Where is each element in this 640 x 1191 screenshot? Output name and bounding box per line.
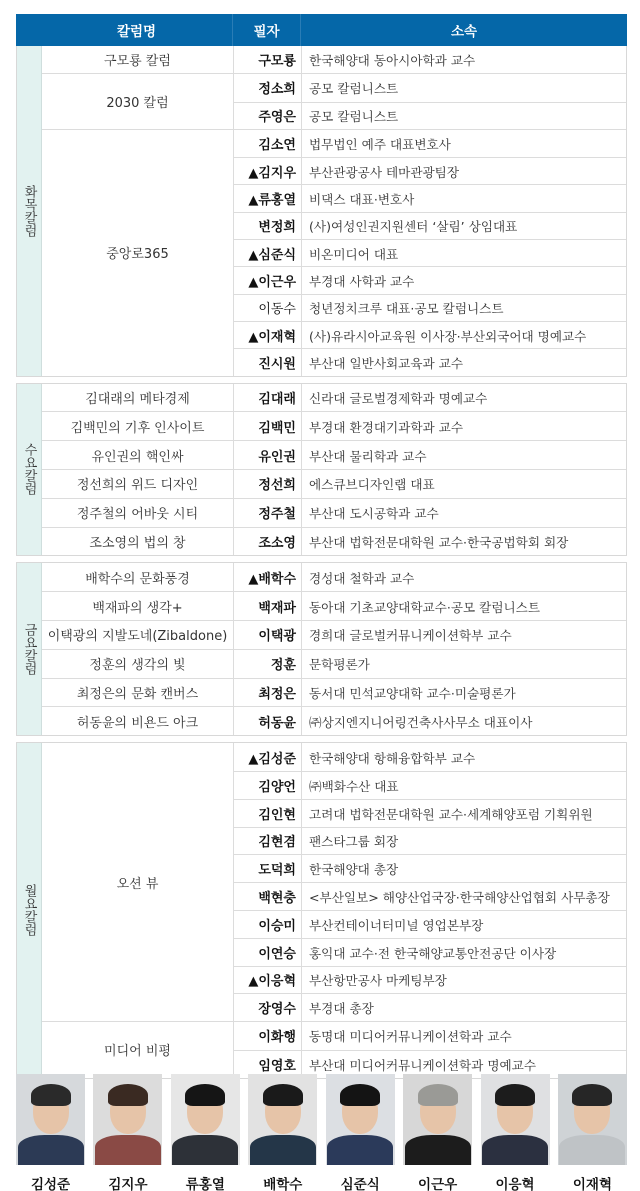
table-row: 백현충<부산일보> 해양산업국장·한국해양산업협회 사무총장	[234, 882, 626, 910]
section-label-strip: 월요칼럼	[17, 743, 42, 1078]
portrait-photo	[93, 1074, 162, 1165]
section-body: 오션 뷰▲김성준한국해양대 항해융합학부 교수김양언㈜백화수산 대표김인현고려대…	[42, 743, 626, 1078]
section-label-strip: 금요칼럼	[17, 563, 42, 735]
portrait-shoulders	[482, 1135, 548, 1165]
columnist-photo-card: 배학수	[248, 1074, 317, 1191]
section-body: 배학수의 문화풍경▲배학수경성대 철학과 교수백재파의 생각+백재파동아대 기초…	[42, 563, 626, 735]
author-rows: 최정은동서대 민석교양대학 교수·미술평론가	[234, 679, 626, 707]
author-name: ▲심준식	[234, 240, 302, 266]
portrait-photo	[558, 1074, 627, 1165]
portrait-shoulders	[18, 1135, 84, 1165]
author-rows: ▲배학수경성대 철학과 교수	[234, 563, 626, 591]
author-name: 장영수	[234, 994, 302, 1021]
table-row: 이연승홍익대 교수·전 한국해양교통안전공단 이사장	[234, 938, 626, 966]
table-header: 칼럼명 필자 소속	[16, 14, 627, 46]
photo-caption-name: 배학수	[263, 1173, 302, 1191]
column-group: 미디어 비평이화행동명대 미디어커뮤니케이션학과 교수임영호부산대 미디어커뮤니…	[42, 1021, 626, 1078]
author-rows: 김대래신라대 글로벌경제학과 명예교수	[234, 384, 626, 412]
table-row: 김소연법무법인 예주 대표변호사	[234, 130, 626, 157]
column-group: 오션 뷰▲김성준한국해양대 항해융합학부 교수김양언㈜백화수산 대표김인현고려대…	[42, 743, 626, 1021]
author-affiliation: 부경대 총장	[302, 994, 626, 1021]
table-row: 김백민부경대 환경대기과학과 교수	[234, 412, 626, 440]
column-group: 2030 칼럼정소희공모 칼럼니스트주영은공모 칼럼니스트	[42, 73, 626, 129]
portrait-hair	[263, 1084, 303, 1106]
author-rows: ▲김성준한국해양대 항해융합학부 교수김양언㈜백화수산 대표김인현고려대 법학전…	[234, 743, 626, 1021]
author-affiliation: 한국해양대 총장	[302, 855, 626, 882]
table-row: ▲심준식비온미디어 대표	[234, 239, 626, 266]
author-affiliation: 부산대 물리학과 교수	[302, 441, 626, 469]
portrait-hair	[108, 1084, 148, 1106]
column-name: 조소영의 법의 창	[42, 528, 234, 556]
section-label: 월요칼럼	[23, 884, 36, 936]
table-row: 정선희에스큐브디자인랩 대표	[234, 470, 626, 498]
author-affiliation: 동서대 민석교양대학 교수·미술평론가	[302, 679, 626, 707]
author-name: 김소연	[234, 130, 302, 157]
header-affiliation: 소속	[301, 14, 627, 46]
photo-caption-name: 김성준	[31, 1173, 70, 1191]
author-affiliation: ㈜백화수산 대표	[302, 772, 626, 799]
author-rows: 김백민부경대 환경대기과학과 교수	[234, 412, 626, 440]
author-name: 백재파	[234, 592, 302, 620]
author-affiliation: 부산대 도시공학과 교수	[302, 499, 626, 527]
table-row: 허동윤㈜상지엔지니어링건축사사무소 대표이사	[234, 707, 626, 735]
table-row: ▲이근우부경대 사학과 교수	[234, 266, 626, 293]
column-group: 정선희의 위드 디자인정선희에스큐브디자인랩 대표	[42, 469, 626, 498]
column-name: 김백민의 기후 인사이트	[42, 412, 234, 440]
column-name: 유인권의 핵인싸	[42, 441, 234, 469]
author-affiliation: 부산관광공사 테마관광팀장	[302, 158, 626, 184]
author-name: 이화행	[234, 1022, 302, 1050]
author-name: 김양언	[234, 772, 302, 799]
author-rows: 이화행동명대 미디어커뮤니케이션학과 교수임영호부산대 미디어커뮤니케이션학과 …	[234, 1022, 626, 1078]
author-name: ▲이재혁	[234, 322, 302, 348]
author-name: 김인현	[234, 800, 302, 827]
photo-caption-name: 이재혁	[573, 1173, 612, 1191]
table-row: 변정희(사)여성인권지원센터 ‘살림’ 상임대표	[234, 212, 626, 239]
table-row: 장영수부경대 총장	[234, 993, 626, 1021]
author-name: 유인권	[234, 441, 302, 469]
table-row: ▲류홍열비댁스 대표·변호사	[234, 184, 626, 211]
column-name: 최정은의 문화 캔버스	[42, 679, 234, 707]
table-row: 이승미부산컨테이너터미널 영업본부장	[234, 910, 626, 938]
column-group: 정주철의 어바웃 시티정주철부산대 도시공학과 교수	[42, 498, 626, 527]
table-row: ▲배학수경성대 철학과 교수	[234, 563, 626, 591]
section-body: 김대래의 메타경제김대래신라대 글로벌경제학과 명예교수김백민의 기후 인사이트…	[42, 384, 626, 556]
section-label-strip: 수요칼럼	[17, 384, 42, 556]
table-row: 진시원부산대 일반사회교육과 교수	[234, 348, 626, 375]
author-name: 변정희	[234, 213, 302, 239]
portrait-hair	[495, 1084, 535, 1106]
author-name: 김현겸	[234, 828, 302, 855]
portrait-photo	[403, 1074, 472, 1165]
author-affiliation: 팬스타그룹 회장	[302, 828, 626, 855]
table-row: 정주철부산대 도시공학과 교수	[234, 499, 626, 527]
author-name: ▲류홍열	[234, 185, 302, 211]
header-author: 필자	[233, 14, 301, 46]
column-name: 중앙로365	[42, 130, 234, 376]
table-row: 김인현고려대 법학전문대학원 교수·세계해양포럼 기획위원	[234, 799, 626, 827]
portrait-shoulders	[405, 1135, 471, 1165]
table-row: 도덕희한국해양대 총장	[234, 854, 626, 882]
photo-caption-name: 이근우	[418, 1173, 457, 1191]
author-name: 진시원	[234, 349, 302, 375]
columnist-table: 칼럼명 필자 소속 화목칼럼구모룡 칼럼구모룡한국해양대 동아시아학과 교수20…	[16, 14, 627, 1079]
author-affiliation: 공모 칼럼니스트	[302, 103, 626, 129]
author-rows: 구모룡한국해양대 동아시아학과 교수	[234, 46, 626, 73]
author-name: ▲김지우	[234, 158, 302, 184]
column-name: 정주철의 어바웃 시티	[42, 499, 234, 527]
author-affiliation: (사)여성인권지원센터 ‘살림’ 상임대표	[302, 213, 626, 239]
author-rows: 정선희에스큐브디자인랩 대표	[234, 470, 626, 498]
author-affiliation: 청년정치크루 대표·공모 칼럼니스트	[302, 295, 626, 321]
column-name: 김대래의 메타경제	[42, 384, 234, 412]
portrait-shoulders	[250, 1135, 316, 1165]
table-row: 김양언㈜백화수산 대표	[234, 771, 626, 799]
section-label: 금요칼럼	[23, 623, 36, 675]
author-rows: 김소연법무법인 예주 대표변호사▲김지우부산관광공사 테마관광팀장▲류홍열비댁스…	[234, 130, 626, 376]
table-row: 이동수청년정치크루 대표·공모 칼럼니스트	[234, 294, 626, 321]
author-name: 김대래	[234, 384, 302, 412]
section-2: 수요칼럼김대래의 메타경제김대래신라대 글로벌경제학과 명예교수김백민의 기후 …	[16, 383, 627, 557]
column-name: 오션 뷰	[42, 743, 234, 1021]
section-label-strip: 화목칼럼	[17, 46, 42, 376]
author-name: 김백민	[234, 412, 302, 440]
portrait-photo	[16, 1074, 85, 1165]
section-4: 월요칼럼오션 뷰▲김성준한국해양대 항해융합학부 교수김양언㈜백화수산 대표김인…	[16, 742, 627, 1079]
column-name: 2030 칼럼	[42, 74, 234, 129]
author-affiliation: 부경대 환경대기과학과 교수	[302, 412, 626, 440]
author-rows: 조소영부산대 법학전문대학원 교수·한국공법학회 회장	[234, 528, 626, 556]
columnist-photo-card: 이근우	[403, 1074, 472, 1191]
portrait-hair	[31, 1084, 71, 1106]
author-affiliation: 경성대 철학과 교수	[302, 563, 626, 591]
author-affiliation: 홍익대 교수·전 한국해양교통안전공단 이사장	[302, 939, 626, 966]
author-affiliation: 부산대 법학전문대학원 교수·한국공법학회 회장	[302, 528, 626, 556]
portrait-photo	[326, 1074, 395, 1165]
column-name: 정선희의 위드 디자인	[42, 470, 234, 498]
table-row: 정훈문학평론가	[234, 650, 626, 678]
column-group: 이택광의 지발도네(Zibaldone)이택광경희대 글로벌커뮤니케이션학부 교…	[42, 620, 626, 649]
column-group: 조소영의 법의 창조소영부산대 법학전문대학원 교수·한국공법학회 회장	[42, 527, 626, 556]
portrait-hair	[418, 1084, 458, 1106]
author-affiliation: 고려대 법학전문대학원 교수·세계해양포럼 기획위원	[302, 800, 626, 827]
column-group: 허동윤의 비욘드 아크허동윤㈜상지엔지니어링건축사사무소 대표이사	[42, 706, 626, 735]
author-affiliation: 부산대 일반사회교육과 교수	[302, 349, 626, 375]
header-strip-spacer	[16, 14, 41, 46]
author-name: ▲이근우	[234, 267, 302, 293]
author-name: ▲배학수	[234, 563, 302, 591]
author-name: 조소영	[234, 528, 302, 556]
column-name: 구모룡 칼럼	[42, 46, 234, 73]
columnist-photo-card: 김성준	[16, 1074, 85, 1191]
author-affiliation: <부산일보> 해양산업국장·한국해양산업협회 사무총장	[302, 883, 626, 910]
author-name: 이택광	[234, 621, 302, 649]
author-name: 도덕희	[234, 855, 302, 882]
table-row: 김현겸팬스타그룹 회장	[234, 827, 626, 855]
author-rows: 정주철부산대 도시공학과 교수	[234, 499, 626, 527]
portrait-hair	[185, 1084, 225, 1106]
table-row: 유인권부산대 물리학과 교수	[234, 441, 626, 469]
column-group: 김백민의 기후 인사이트김백민부경대 환경대기과학과 교수	[42, 411, 626, 440]
table-row: ▲김지우부산관광공사 테마관광팀장	[234, 157, 626, 184]
author-name: 정선희	[234, 470, 302, 498]
column-group: 배학수의 문화풍경▲배학수경성대 철학과 교수	[42, 563, 626, 591]
header-column-name: 칼럼명	[41, 14, 233, 46]
author-rows: 정훈문학평론가	[234, 650, 626, 678]
author-name: 최정은	[234, 679, 302, 707]
author-affiliation: 비댁스 대표·변호사	[302, 185, 626, 211]
table-row: ▲김성준한국해양대 항해융합학부 교수	[234, 743, 626, 771]
section-3: 금요칼럼배학수의 문화풍경▲배학수경성대 철학과 교수백재파의 생각+백재파동아…	[16, 562, 627, 736]
table-row: 구모룡한국해양대 동아시아학과 교수	[234, 46, 626, 73]
column-name: 이택광의 지발도네(Zibaldone)	[42, 621, 234, 649]
column-name: 정훈의 생각의 빛	[42, 650, 234, 678]
column-name: 백재파의 생각+	[42, 592, 234, 620]
author-rows: 유인권부산대 물리학과 교수	[234, 441, 626, 469]
portrait-shoulders	[327, 1135, 393, 1165]
section-label: 수요칼럼	[23, 443, 36, 495]
column-name: 허동윤의 비욘드 아크	[42, 707, 234, 735]
author-name: 이승미	[234, 911, 302, 938]
photo-strip: 김성준김지우류홍열배학수심준식이근우이응혁이재혁	[16, 1074, 627, 1191]
photo-caption-name: 류홍열	[186, 1173, 225, 1191]
section-1: 화목칼럼구모룡 칼럼구모룡한국해양대 동아시아학과 교수2030 칼럼정소희공모…	[16, 46, 627, 377]
portrait-hair	[572, 1084, 612, 1106]
table-row: 정소희공모 칼럼니스트	[234, 74, 626, 101]
author-rows: 허동윤㈜상지엔지니어링건축사사무소 대표이사	[234, 707, 626, 735]
author-name: 정주철	[234, 499, 302, 527]
table-row: ▲이응혁부산항만공사 마케팅부장	[234, 966, 626, 994]
author-name: 허동윤	[234, 707, 302, 735]
section-label: 화목칼럼	[23, 185, 36, 237]
author-rows: 이택광경희대 글로벌커뮤니케이션학부 교수	[234, 621, 626, 649]
author-affiliation: 동아대 기초교양대학교수·공모 칼럼니스트	[302, 592, 626, 620]
table-row: ▲이재혁(사)유라시아교육원 이사장·부산외국어대 명예교수	[234, 321, 626, 348]
author-name: 백현충	[234, 883, 302, 910]
column-group: 유인권의 핵인싸유인권부산대 물리학과 교수	[42, 440, 626, 469]
photo-caption-name: 이응혁	[495, 1173, 534, 1191]
author-affiliation: 신라대 글로벌경제학과 명예교수	[302, 384, 626, 412]
column-name: 미디어 비평	[42, 1022, 234, 1078]
column-group: 김대래의 메타경제김대래신라대 글로벌경제학과 명예교수	[42, 384, 626, 412]
author-name: 정소희	[234, 74, 302, 101]
portrait-photo	[481, 1074, 550, 1165]
author-affiliation: 부산항만공사 마케팅부장	[302, 967, 626, 994]
author-name: 구모룡	[234, 46, 302, 73]
column-group: 백재파의 생각+백재파동아대 기초교양대학교수·공모 칼럼니스트	[42, 591, 626, 620]
column-group: 정훈의 생각의 빛정훈문학평론가	[42, 649, 626, 678]
author-affiliation: 부경대 사학과 교수	[302, 267, 626, 293]
author-affiliation: ㈜상지엔지니어링건축사사무소 대표이사	[302, 707, 626, 735]
author-affiliation: (사)유라시아교육원 이사장·부산외국어대 명예교수	[302, 322, 626, 348]
columnist-photo-card: 류홍열	[171, 1074, 240, 1191]
table-row: 김대래신라대 글로벌경제학과 명예교수	[234, 384, 626, 412]
portrait-shoulders	[559, 1135, 625, 1165]
author-affiliation: 공모 칼럼니스트	[302, 74, 626, 101]
author-rows: 백재파동아대 기초교양대학교수·공모 칼럼니스트	[234, 592, 626, 620]
portrait-photo	[248, 1074, 317, 1165]
photo-caption-name: 심준식	[341, 1173, 380, 1191]
table-row: 조소영부산대 법학전문대학원 교수·한국공법학회 회장	[234, 528, 626, 556]
column-group: 구모룡 칼럼구모룡한국해양대 동아시아학과 교수	[42, 46, 626, 73]
portrait-hair	[340, 1084, 380, 1106]
author-affiliation: 한국해양대 항해융합학부 교수	[302, 743, 626, 771]
author-affiliation: 법무법인 예주 대표변호사	[302, 130, 626, 157]
author-affiliation: 부산컨테이너터미널 영업본부장	[302, 911, 626, 938]
author-name: ▲이응혁	[234, 967, 302, 994]
columnist-photo-card: 이재혁	[558, 1074, 627, 1191]
section-body: 구모룡 칼럼구모룡한국해양대 동아시아학과 교수2030 칼럼정소희공모 칼럼니…	[42, 46, 626, 376]
columnist-photo-card: 이응혁	[481, 1074, 550, 1191]
portrait-shoulders	[172, 1135, 238, 1165]
author-name: 이연승	[234, 939, 302, 966]
author-affiliation: 경희대 글로벌커뮤니케이션학부 교수	[302, 621, 626, 649]
author-name: 이동수	[234, 295, 302, 321]
portrait-photo	[171, 1074, 240, 1165]
columnist-photo-card: 김지우	[93, 1074, 162, 1191]
author-affiliation: 에스큐브디자인랩 대표	[302, 470, 626, 498]
portrait-shoulders	[95, 1135, 161, 1165]
author-rows: 정소희공모 칼럼니스트주영은공모 칼럼니스트	[234, 74, 626, 129]
table-row: 이택광경희대 글로벌커뮤니케이션학부 교수	[234, 621, 626, 649]
column-group: 최정은의 문화 캔버스최정은동서대 민석교양대학 교수·미술평론가	[42, 678, 626, 707]
columnist-photo-card: 심준식	[326, 1074, 395, 1191]
sections-container: 화목칼럼구모룡 칼럼구모룡한국해양대 동아시아학과 교수2030 칼럼정소희공모…	[16, 46, 627, 1079]
author-affiliation: 비온미디어 대표	[302, 240, 626, 266]
table-row: 최정은동서대 민석교양대학 교수·미술평론가	[234, 679, 626, 707]
author-affiliation: 한국해양대 동아시아학과 교수	[302, 46, 626, 73]
author-name: 주영은	[234, 103, 302, 129]
column-group: 중앙로365김소연법무법인 예주 대표변호사▲김지우부산관광공사 테마관광팀장▲…	[42, 129, 626, 376]
table-row: 백재파동아대 기초교양대학교수·공모 칼럼니스트	[234, 592, 626, 620]
author-name: ▲김성준	[234, 743, 302, 771]
column-name: 배학수의 문화풍경	[42, 563, 234, 591]
author-affiliation: 문학평론가	[302, 650, 626, 678]
author-affiliation: 동명대 미디어커뮤니케이션학과 교수	[302, 1022, 626, 1050]
author-name: 정훈	[234, 650, 302, 678]
table-row: 주영은공모 칼럼니스트	[234, 102, 626, 129]
table-row: 이화행동명대 미디어커뮤니케이션학과 교수	[234, 1022, 626, 1050]
photo-caption-name: 김지우	[108, 1173, 147, 1191]
